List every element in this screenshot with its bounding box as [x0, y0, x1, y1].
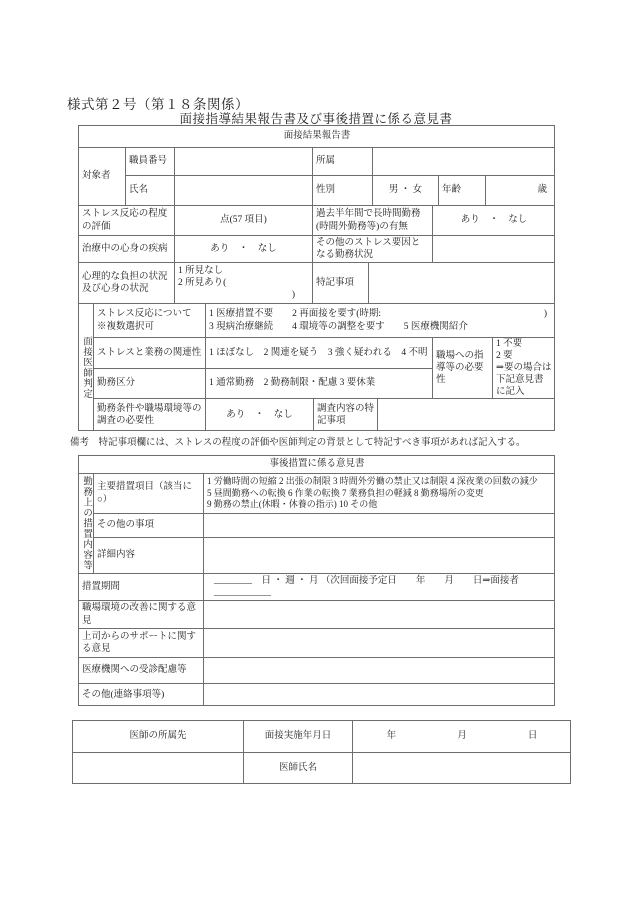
survey-need-label: 勤務条件や職場環境等の調査の必要性 [94, 399, 206, 431]
details-field[interactable] [204, 538, 555, 574]
affiliation-field[interactable] [373, 148, 555, 176]
psych-burden-label: 心理的な負担の状況及び心身の状況 [79, 263, 175, 304]
duty-class-label: 勤務区分 [94, 369, 206, 399]
doctor-judgement-strip-text: 面接医師判定 [80, 336, 92, 399]
gender-options[interactable]: 男 ・ 女 [373, 176, 439, 206]
relation-label: ストレスと業務の関連性 [94, 338, 206, 369]
date-year-label: 年 [387, 730, 397, 742]
special-notes-field[interactable] [369, 263, 555, 304]
measures-line-3: 9 勤務の禁止(休暇・休養の指示) 10 その他 [207, 499, 552, 511]
employee-number-field[interactable] [175, 148, 313, 176]
other-stress-factor-field[interactable] [433, 236, 555, 263]
details-label: 詳細内容 [94, 538, 204, 574]
measures-line-1: 1 労働時間の短縮 2 出張の制限 3 時間外労働の禁止又は制限 4 深夜業の回… [207, 476, 552, 488]
duty-class-options[interactable]: 1 通常勤務 2 勤務制限・配慮 3 要休業 [206, 369, 433, 399]
stress-reaction-line1: 1 医療措置不要 2 再面接を要す(時期: [209, 308, 381, 320]
finding-paren-close: ) [292, 289, 309, 301]
guidance-option-2: 2 要 [496, 350, 552, 362]
survey-need-options[interactable]: あり ・ なし [206, 399, 314, 431]
doctor-table: 医師の所属先 面接実施年月日 年 月 日 医師氏名 [72, 720, 571, 784]
interview-date-label: 面接実施年月日 [244, 721, 353, 753]
other-items-label: その他の事項 [94, 514, 204, 538]
medical-consideration-label: 医療機関への受診配慮等 [79, 658, 204, 684]
overtime-label: 過去半年間で長時間勤務(時間外勤務等)の有無 [313, 206, 433, 236]
stress-reaction-line2: 3 現病治療継続 4 環境等の調整を要す 5 医療機関紹介 [209, 321, 547, 333]
remark-note: 備考 特記事項欄には、ストレスの程度の評価や医師判定の背景として特記すべき事項が… [70, 434, 526, 448]
stress-reaction-label-text: ストレス反応について [97, 308, 202, 320]
medical-consideration-field[interactable] [204, 658, 555, 684]
other-contact-label: その他(連絡事項等) [79, 684, 204, 706]
guidance-option-1: 1 不要 [496, 338, 552, 350]
stress-reaction-paren-close: ) [544, 308, 547, 320]
finding-option-1: 1 所見なし [178, 265, 309, 277]
workplace-guidance-options[interactable]: 1 不要 2 要 ⇒要の場合は下記意見書に記入 [493, 338, 555, 399]
report-table-header: 面接結果報告書 [79, 126, 555, 148]
subject-label: 対象者 [79, 148, 126, 206]
main-measures-label: 主要措置項目（該当に○） [94, 474, 204, 514]
stress-score-field[interactable]: 点(57 項目) [175, 206, 313, 236]
report-table: 面接結果報告書 対象者 職員番号 所属 氏名 性別 男 ・ 女 年齢 歳 ストレ… [78, 125, 555, 431]
env-improvement-field[interactable] [204, 601, 555, 629]
other-items-field[interactable] [204, 514, 555, 538]
age-field[interactable]: 歳 [486, 176, 555, 206]
doctor-name-label: 医師氏名 [244, 753, 353, 784]
measures-strip: 勤務上の措置内容等 [79, 474, 94, 574]
opinion-table-header: 事後措置に係る意見書 [79, 456, 555, 474]
main-measures-options[interactable]: 1 労働時間の短縮 2 出張の制限 3 時間外労働の禁止又は制限 4 深夜業の回… [204, 474, 555, 514]
date-day-label: 日 [528, 730, 538, 742]
env-improvement-label: 職場環境の改善に関する意見 [79, 601, 204, 629]
guidance-option-note: ⇒要の場合は下記意見書に記入 [496, 362, 552, 398]
name-field[interactable] [175, 176, 313, 206]
survey-notes-field[interactable] [378, 399, 555, 431]
age-label: 年齢 [439, 176, 486, 206]
workplace-guidance-label: 職場への指導等の必要性 [433, 338, 493, 399]
supervisor-support-label: 上司からのサポートに関する意見 [79, 629, 204, 658]
opinion-table: 事後措置に係る意見書 勤務上の措置内容等 主要措置項目（該当に○） 1 労働時間… [78, 455, 555, 706]
doctor-affiliation-label: 医師の所属先 [73, 721, 244, 753]
illness-label: 治療中の心身の疾病 [79, 236, 175, 263]
doctor-name-field[interactable] [353, 753, 571, 784]
doctor-affiliation-field[interactable] [73, 753, 244, 784]
interview-date-field[interactable]: 年 月 日 [353, 721, 571, 753]
relation-options[interactable]: 1 ほぼなし 2 関連を疑う 3 強く疑われる 4 不明 [206, 338, 433, 369]
other-contact-field[interactable] [204, 684, 555, 706]
finding-option-2: 2 所見あり( [178, 277, 309, 289]
supervisor-support-field[interactable] [204, 629, 555, 658]
employee-number-label: 職員番号 [126, 148, 175, 176]
stress-reaction-options[interactable]: 1 医療措置不要 2 再面接を要す(時期: ) 3 現病治療継続 4 環境等の調… [206, 304, 555, 338]
measures-strip-text: 勤務上の措置内容等 [80, 476, 92, 571]
stress-reaction-label: ストレス反応について ※複数選択可 [94, 304, 206, 338]
form-page: 様式第２号（第１８条関係） 面接指導結果報告書及び事後措置に係る意見書 面接結果… [0, 0, 630, 903]
psych-findings-options[interactable]: 1 所見なし 2 所見あり( ) [175, 263, 313, 304]
illness-options[interactable]: あり ・ なし [175, 236, 313, 263]
stress-reaction-note: ※複数選択可 [97, 321, 202, 333]
survey-notes-label: 調査内容の特記事項 [314, 399, 378, 431]
measures-line-2: 5 昼間勤務への転換 6 作業の転換 7 業務負担の軽減 8 勤務場所の変更 [207, 488, 552, 500]
name-label: 氏名 [126, 176, 175, 206]
other-stress-factor-label: その他のストレス要因となる勤務状況 [313, 236, 433, 263]
gender-label: 性別 [313, 176, 373, 206]
period-field[interactable]: ________ 日 ・ 週 ・ 月 （次回面接予定日 年 月 日⇒面接者___… [204, 574, 555, 601]
overtime-options[interactable]: あり ・ なし [433, 206, 555, 236]
stress-eval-label: ストレス反応の程度の評価 [79, 206, 175, 236]
period-label: 措置期間 [79, 574, 204, 601]
doctor-judgement-strip: 面接医師判定 [79, 304, 94, 431]
affiliation-label: 所属 [313, 148, 373, 176]
special-notes-label: 特記事項 [313, 263, 369, 304]
date-month-label: 月 [457, 730, 467, 742]
